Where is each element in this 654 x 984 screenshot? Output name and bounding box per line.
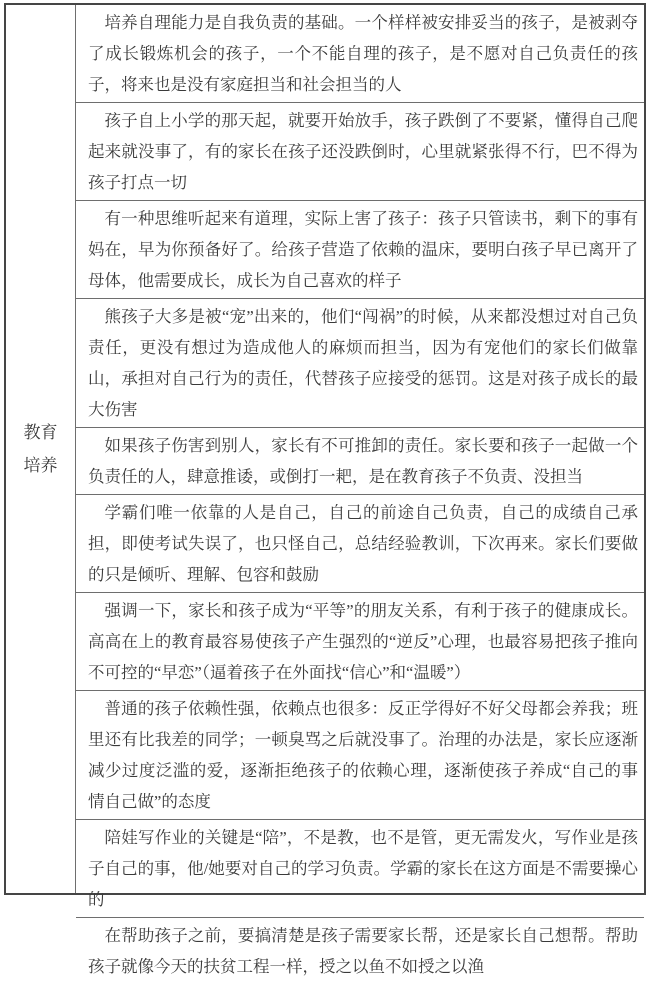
table-row: 强调一下，家长和孩子成为“平等”的朋友关系，有利于孩子的健康成长。高高在上的教育… <box>76 592 644 690</box>
table-row: 学霸们唯一依靠的人是自己，自己的前途自己负责，自己的成绩自己承担，即使考试失误了… <box>76 494 644 592</box>
row-text: 有一种思维听起来有道理，实际上害了孩子：孩子只管读书，剩下的事有妈在，早为你预备… <box>88 203 638 296</box>
table-row: 有一种思维听起来有道理，实际上害了孩子：孩子只管读书，剩下的事有妈在，早为你预备… <box>76 200 644 298</box>
table-row: 孩子自上小学的那天起，就要开始放手，孩子跌倒了不要紧，懂得自己爬起来就没事了，有… <box>76 102 644 200</box>
row-text: 培养自理能力是自我负责的基础。一个样样被安排妥当的孩子，是被剥夺了成长锻炼机会的… <box>88 7 638 100</box>
table-row: 普通的孩子依赖性强，依赖点也很多：反正学得好不好父母都会养我；班里还有比我差的同… <box>76 690 644 819</box>
table-row: 如果孩子伤害到别人，家长有不可推卸的责任。家长要和孩子一起做一个负责任的人，肆意… <box>76 427 644 494</box>
row-text: 强调一下，家长和孩子成为“平等”的朋友关系，有利于孩子的健康成长。高高在上的教育… <box>88 595 638 688</box>
table-row: 培养自理能力是自我负责的基础。一个样样被安排妥当的孩子，是被剥夺了成长锻炼机会的… <box>76 5 644 102</box>
row-text: 如果孩子伤害到别人，家长有不可推卸的责任。家长要和孩子一起做一个负责任的人，肆意… <box>88 430 638 492</box>
category-label-line-1: 教育 <box>24 416 58 449</box>
row-text: 孩子自上小学的那天起，就要开始放手，孩子跌倒了不要紧，懂得自己爬起来就没事了，有… <box>88 105 638 198</box>
row-text: 学霸们唯一依靠的人是自己，自己的前途自己负责，自己的成绩自己承担，即使考试失误了… <box>88 497 638 590</box>
row-text: 熊孩子大多是被“宠”出来的，他们“闯祸”的时候，从来都没想过对自己负责任，更没有… <box>88 301 638 425</box>
category-cell: 教育 培养 <box>6 5 76 893</box>
table-body: 培养自理能力是自我负责的基础。一个样样被安排妥当的孩子，是被剥夺了成长锻炼机会的… <box>76 5 644 893</box>
category-label-line-2: 培养 <box>24 449 58 482</box>
education-table: 教育 培养 培养自理能力是自我负责的基础。一个样样被安排妥当的孩子，是被剥夺了成… <box>4 3 646 895</box>
row-text: 普通的孩子依赖性强，依赖点也很多：反正学得好不好父母都会养我；班里还有比我差的同… <box>88 693 638 817</box>
row-text: 陪娃写作业的关键是“陪”，不是教，也不是管，更无需发火，写作业是孩子自己的事，他… <box>88 822 638 902</box>
table-row: 熊孩子大多是被“宠”出来的，他们“闯祸”的时候，从来都没想过对自己负责任，更没有… <box>76 298 644 427</box>
table-row: 陪娃写作业的关键是“陪”，不是教，也不是管，更无需发火，写作业是孩子自己的事，他… <box>76 819 644 902</box>
